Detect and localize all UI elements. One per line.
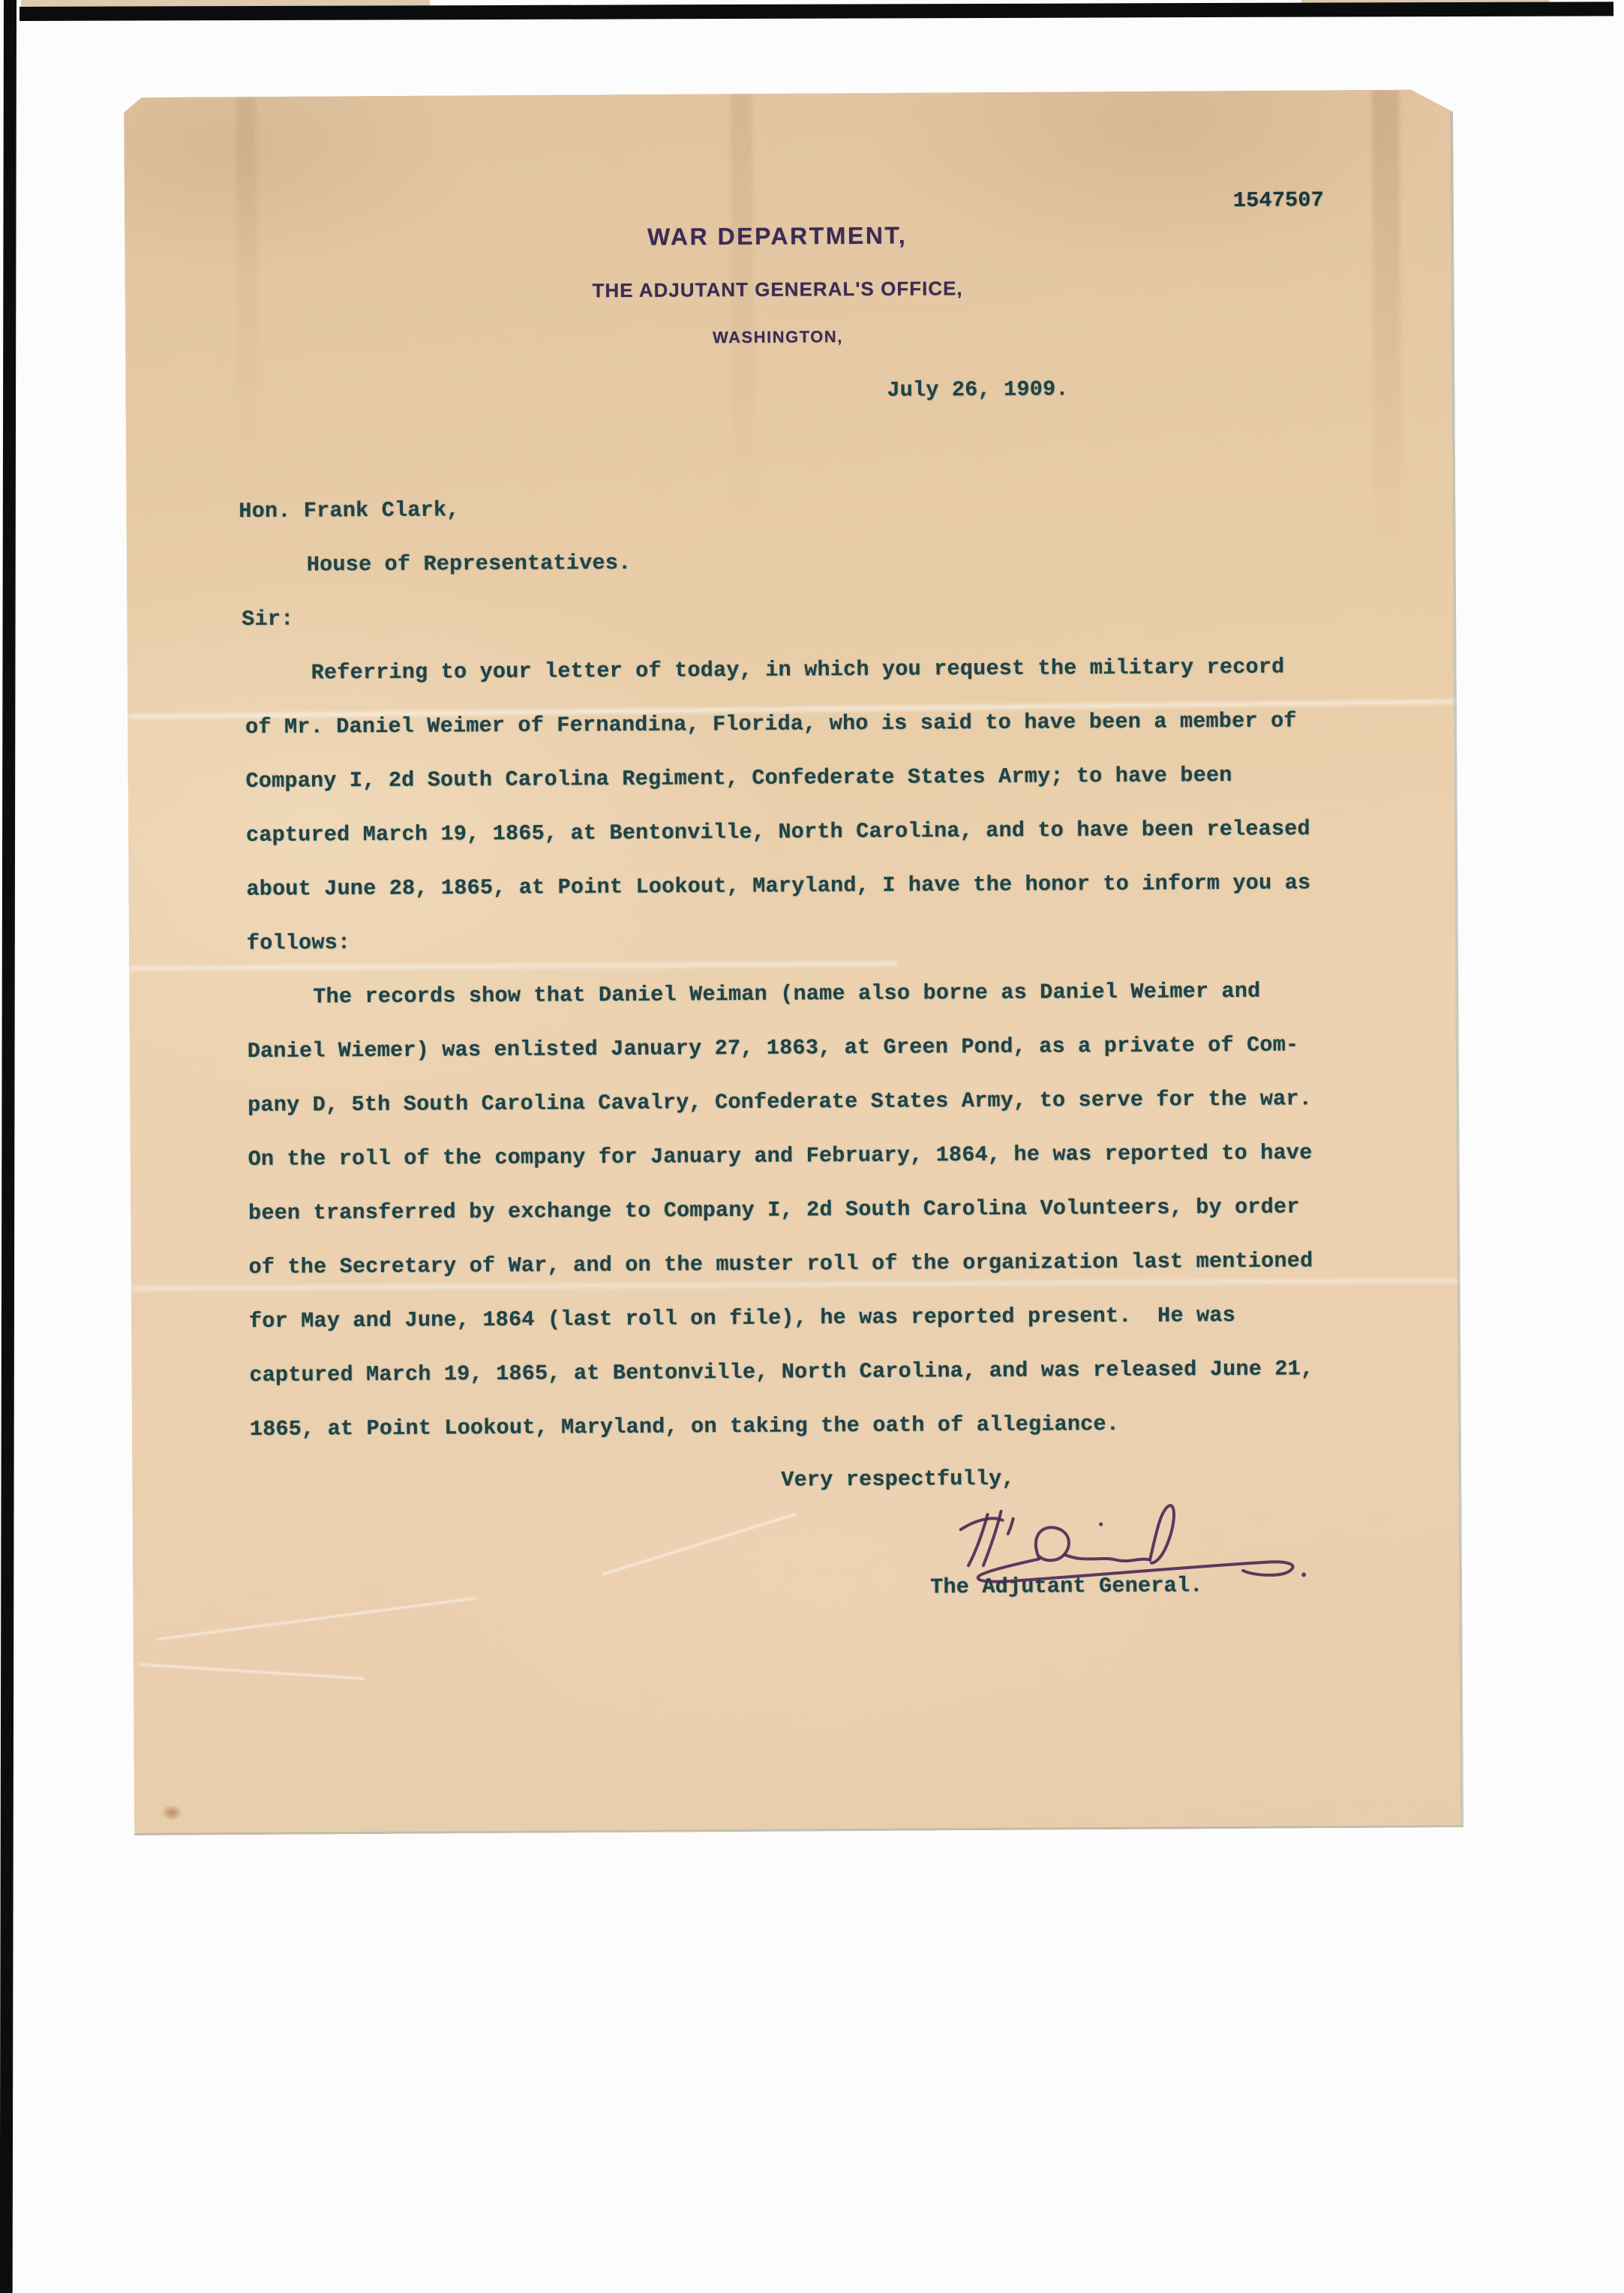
addressee-name-line: Hon. Frank Clark, <box>239 500 459 522</box>
addressee-org-line: House of Representatives. <box>307 553 632 576</box>
signature-scribble <box>912 1494 1348 1617</box>
document-number: 1547507 <box>1233 190 1324 212</box>
letterhead-washington: WASHINGTON, <box>440 326 1115 349</box>
body-line: Company I, 2d South Carolina Regiment, C… <box>245 765 1232 793</box>
paper-fold-crease <box>129 962 898 971</box>
letterhead-adjutant-generals-office: THE ADJUTANT GENERAL'S OFFICE, <box>440 276 1115 303</box>
paper-crinkle <box>157 1597 477 1640</box>
paper-stain-streak <box>1372 90 1402 570</box>
paper-stain-spot <box>161 1805 182 1821</box>
body-line: captured March 19, 1865, at Bentonville,… <box>246 818 1310 846</box>
body-line: pany D, 5th South Carolina Cavalry, Conf… <box>248 1088 1312 1116</box>
body-line: of Mr. Daniel Weimer of Fernandina, Flor… <box>245 710 1297 738</box>
body-line: captured March 19, 1865, at Bentonville,… <box>249 1358 1313 1386</box>
body-line: for May and June, 1864 (last roll on fil… <box>249 1305 1235 1333</box>
photocopy-border-left <box>0 0 17 2293</box>
paper-crinkle <box>602 1513 796 1575</box>
paper-crinkle <box>140 1663 365 1679</box>
paper-stain-streak <box>730 94 755 514</box>
scanned-letter-page: 1547507 WAR DEPARTMENT, THE ADJUTANT GEN… <box>0 0 1624 2293</box>
closing-line: Very respectfully, <box>781 1469 1015 1491</box>
body-line: of the Secretary of War, and on the must… <box>248 1250 1313 1278</box>
body-line: follows: <box>247 932 351 954</box>
salutation-line: Sir: <box>242 609 293 631</box>
body-line: Daniel Wiemer) was enlisted January 27, … <box>248 1034 1299 1062</box>
body-line: 1865, at Point Lookout, Maryland, on tak… <box>250 1414 1119 1441</box>
body-line: On the roll of the company for January a… <box>248 1142 1313 1170</box>
paper-fold-crease <box>131 1278 1457 1291</box>
letter-date: July 26, 1909. <box>887 379 1068 401</box>
body-line: about June 28, 1865, at Point Lookout, M… <box>246 872 1310 900</box>
body-line: Referring to your letter of today, in wh… <box>311 657 1285 684</box>
letter-paper: 1547507 WAR DEPARTMENT, THE ADJUTANT GEN… <box>124 89 1463 1835</box>
paper-stain-streak <box>236 97 258 487</box>
letterhead-war-department: WAR DEPARTMENT, <box>440 221 1115 252</box>
body-line: been transferred by exchange to Company … <box>248 1196 1300 1224</box>
body-line: The records show that Daniel Weiman (nam… <box>313 981 1260 1008</box>
